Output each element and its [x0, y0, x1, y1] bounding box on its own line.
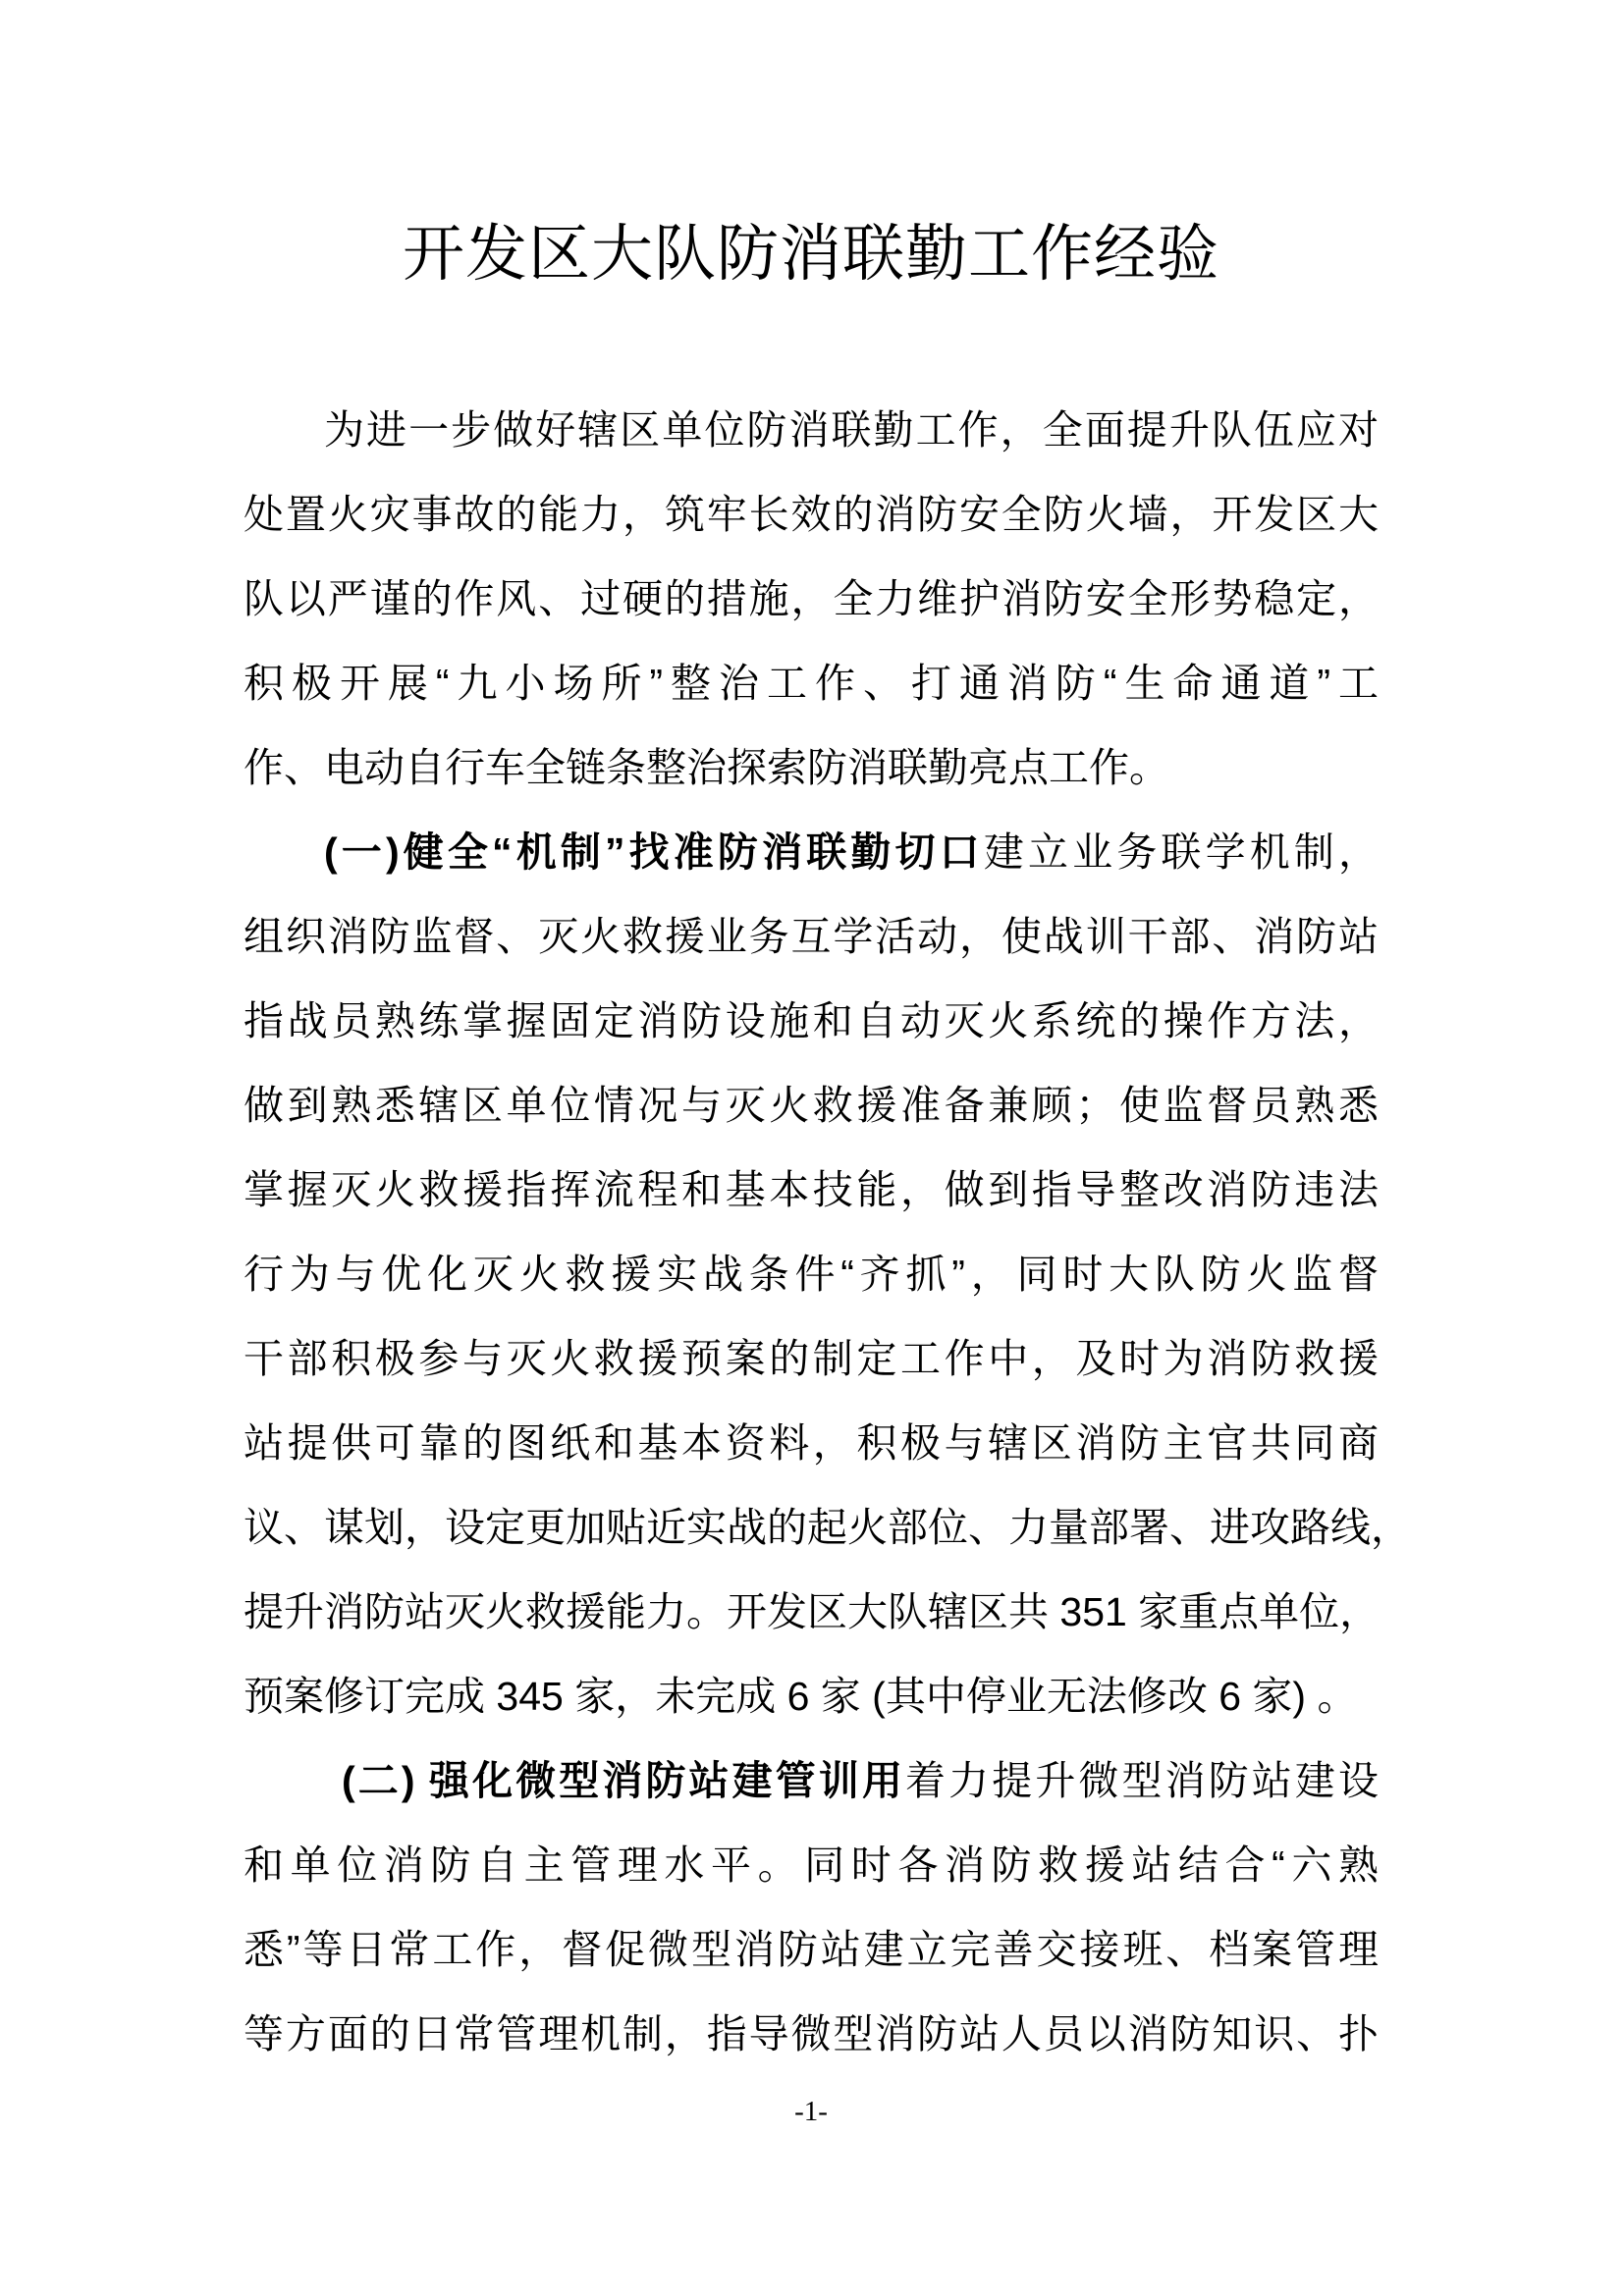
line-text: 指战员熟练掌握固定消防设施和自动灭火系统的操作方法， — [244, 998, 1379, 1043]
document-body: 为进一步做好辖区单位防消联勤工作，全面提升队伍应对处置火灾事故的能力，筑牢长效的… — [244, 388, 1379, 2076]
line-text: 做到熟悉辖区单位情况与灭火救援准备兼顾；使监督员熟悉 — [244, 1083, 1379, 1128]
text-line: 等方面的日常管理机制，指导微型消防站人员以消防知识、扑 — [244, 1992, 1379, 2076]
text-line: 为进一步做好辖区单位防消联勤工作，全面提升队伍应对 — [244, 388, 1379, 472]
line-text: 队以严谨的作风、过硬的措施，全力维护消防安全形势稳定， — [244, 576, 1379, 621]
line-text: 和单位消防自主管理水平。同时各消防救援站结合“六熟 — [244, 1842, 1379, 1888]
section-heading: (二) 强化微型消防站建管训用 — [342, 1758, 905, 1803]
section-heading: (一)健全“机制”找准防消联勤切口 — [324, 829, 984, 875]
line-text: 预案修订完成 345 家，未完成 6 家 (其中停业无法修改 6 家) 。 — [244, 1674, 1357, 1719]
document-page: 开发区大队防消联勤工作经验 为进一步做好辖区单位防消联勤工作，全面提升队伍应对处… — [0, 0, 1624, 2296]
line-text: 组织消防监督、灭火救援业务互学活动，使战训干部、消防站 — [244, 914, 1379, 959]
document-title: 开发区大队防消联勤工作经验 — [244, 218, 1379, 293]
line-text: 悉”等日常工作，督促微型消防站建立完善交接班、档案管理 — [244, 1927, 1379, 1972]
text-line: 和单位消防自主管理水平。同时各消防救援站结合“六熟 — [244, 1823, 1379, 1907]
line-text: 掌握灭火救援指挥流程和基本技能，做到指导整改消防违法 — [244, 1167, 1379, 1212]
text-line: 预案修订完成 345 家，未完成 6 家 (其中停业无法修改 6 家) 。 — [244, 1654, 1379, 1738]
text-line: 作、电动自行车全链条整治探索防消联勤亮点工作。 — [244, 725, 1379, 810]
text-line: 做到熟悉辖区单位情况与灭火救援准备兼顾；使监督员熟悉 — [244, 1063, 1379, 1148]
line-text: 为进一步做好辖区单位防消联勤工作，全面提升队伍应对 — [324, 407, 1379, 453]
line-text: 处置火灾事故的能力，筑牢长效的消防安全防火墙，开发区大 — [244, 492, 1379, 537]
text-line: 掌握灭火救援指挥流程和基本技能，做到指导整改消防违法 — [244, 1148, 1379, 1232]
text-line: 悉”等日常工作，督促微型消防站建立完善交接班、档案管理 — [244, 1907, 1379, 1992]
text-line: 积极开展“九小场所”整治工作、打通消防“生命通道”工 — [244, 641, 1379, 725]
line-text: 建立业务联学机制， — [984, 829, 1379, 875]
line-text: 站提供可靠的图纸和基本资料，积极与辖区消防主官共同商 — [244, 1420, 1379, 1466]
text-line: (一)健全“机制”找准防消联勤切口建立业务联学机制， — [244, 810, 1379, 894]
text-line: 行为与优化灭火救援实战条件“齐抓”，同时大队防火监督 — [244, 1232, 1379, 1316]
text-line: (二) 强化微型消防站建管训用着力提升微型消防站建设 — [244, 1738, 1379, 1823]
line-text: 积极开展“九小场所”整治工作、打通消防“生命通道”工 — [244, 661, 1379, 706]
line-text: 议、谋划，设定更加贴近实战的起火部位、力量部署、进攻路线， — [244, 1505, 1411, 1550]
line-text: 提升消防站灭火救援能力。开发区大队辖区共 351 家重点单位， — [244, 1589, 1380, 1634]
line-text: 干部积极参与灭火救援预案的制定工作中，及时为消防救援 — [244, 1336, 1379, 1381]
text-line: 站提供可靠的图纸和基本资料，积极与辖区消防主官共同商 — [244, 1401, 1379, 1485]
text-line: 组织消防监督、灭火救援业务互学活动，使战训干部、消防站 — [244, 894, 1379, 979]
text-line: 队以严谨的作风、过硬的措施，全力维护消防安全形势稳定， — [244, 557, 1379, 641]
line-text: 等方面的日常管理机制，指导微型消防站人员以消防知识、扑 — [244, 2011, 1379, 2056]
text-line: 干部积极参与灭火救援预案的制定工作中，及时为消防救援 — [244, 1316, 1379, 1401]
text-line: 指战员熟练掌握固定消防设施和自动灭火系统的操作方法， — [244, 979, 1379, 1063]
line-text: 着力提升微型消防站建设 — [905, 1758, 1379, 1803]
page-number: -1- — [244, 2095, 1379, 2129]
text-line: 议、谋划，设定更加贴近实战的起火部位、力量部署、进攻路线， — [244, 1485, 1379, 1570]
line-text: 行为与优化灭火救援实战条件“齐抓”，同时大队防火监督 — [244, 1252, 1379, 1297]
line-text: 作、电动自行车全链条整治探索防消联勤亮点工作。 — [244, 745, 1169, 790]
text-line: 提升消防站灭火救援能力。开发区大队辖区共 351 家重点单位， — [244, 1570, 1379, 1654]
text-line: 处置火灾事故的能力，筑牢长效的消防安全防火墙，开发区大 — [244, 472, 1379, 557]
